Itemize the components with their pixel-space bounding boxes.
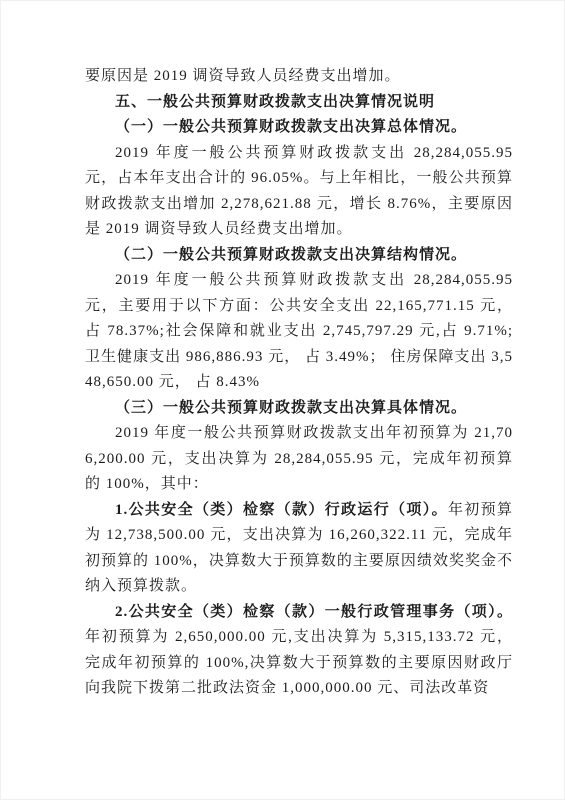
document-page: 要原因是 2019 调资导致人员经费支出增加。 五、一般公共预算财政拨款支出决算… (0, 0, 565, 800)
section-heading-5: 五、一般公共预算财政拨款支出决算情况说明 (85, 90, 513, 116)
subsection-heading-2: （二）一般公共预算财政拨款支出决算结构情况。 (85, 243, 513, 269)
item-2-paragraph: 2.公共安全（类）检察（款）一般行政管理事务（项）。年初预算为 2,650,00… (85, 600, 513, 702)
paragraph-structure: 2019 年度一般公共预算财政拨款支出 28,284,055.95 元，主要用于… (85, 268, 513, 396)
item-1-title: 1.公共安全（类）检察（款）行政运行（项）。 (115, 502, 448, 518)
item-2-body: 年初预算为 2,650,000.00 元,支出决算为 5,315,133.72 … (85, 629, 513, 696)
document-body: 要原因是 2019 调资导致人员经费支出增加。 五、一般公共预算财政拨款支出决算… (85, 64, 513, 702)
subsection-heading-1: （一）一般公共预算财政拨款支出决算总体情况。 (85, 115, 513, 141)
item-2-title: 2.公共安全（类）检察（款）一般行政管理事务（项）。 (115, 604, 513, 620)
item-1-paragraph: 1.公共安全（类）检察（款）行政运行（项）。年初预算为 12,738,500.0… (85, 498, 513, 600)
paragraph-overall: 2019 年度一般公共预算财政拨款支出 28,284,055.95 元，占本年支… (85, 141, 513, 243)
paragraph-continuation: 要原因是 2019 调资导致人员经费支出增加。 (85, 64, 513, 90)
subsection-heading-3: （三）一般公共预算财政拨款支出决算具体情况。 (85, 396, 513, 422)
paragraph-specific: 2019 年度一般公共预算财政拨款支出年初预算为 21,706,200.00 元… (85, 421, 513, 498)
